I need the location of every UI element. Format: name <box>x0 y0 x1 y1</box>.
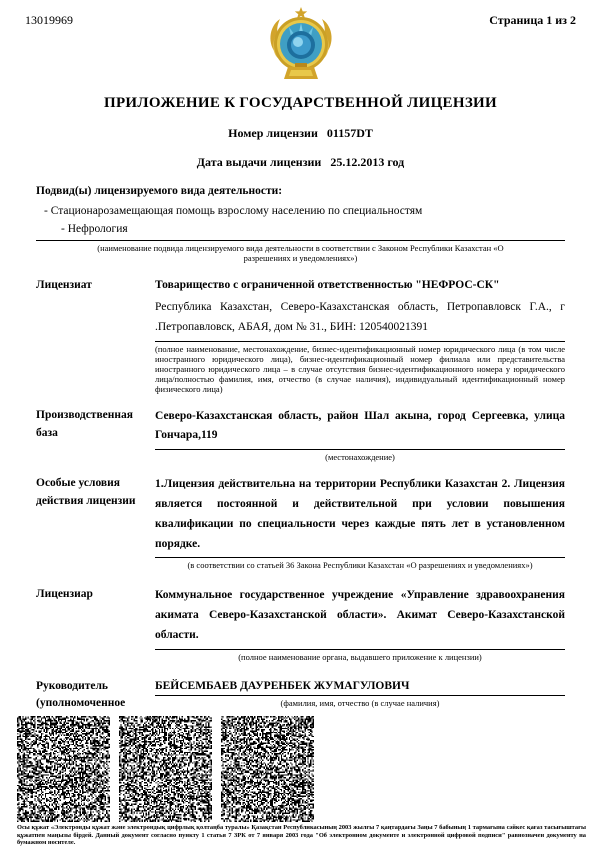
license-number-value: 01157DT <box>327 126 373 140</box>
digital-signature-barcodes <box>17 716 314 822</box>
licensor-section: Лицензиар Коммунальное государственное у… <box>36 586 565 661</box>
divider <box>155 695 565 696</box>
licensee-name: Товарищество с ограниченной ответственно… <box>155 277 565 294</box>
document-title: ПРИЛОЖЕНИЕ К ГОСУДАРСТВЕННОЙ ЛИЦЕНЗИИ <box>0 95 601 112</box>
licensor-label: Лицензиар <box>36 586 155 604</box>
special-conditions-label: Особые условия действия лицензии <box>36 475 155 511</box>
licensor-caption: (полное наименование органа, выдавшего п… <box>155 652 565 662</box>
production-base-value: Северо-Казахстанская область, район Шал … <box>155 407 565 447</box>
licensee-label: Лицензиат <box>36 277 155 295</box>
legal-footer-note: Осы құжат «Электронды құжат және электро… <box>17 824 586 847</box>
director-caption: (фамилия, имя, отчество (в случае наличи… <box>155 698 565 708</box>
license-document-page: 13019969 Страница 1 из 2 ПРИЛОЖЕНИЕ К ГО… <box>0 0 601 850</box>
license-date-line: Дата выдачи лицензии25.12.2013 год <box>0 155 601 170</box>
divider <box>36 240 565 241</box>
license-date-label: Дата выдачи лицензии <box>197 155 322 169</box>
barcode-image <box>119 716 212 822</box>
director-name: БЕЙСЕМБАЕВ ДАУРЕНБЕК ЖУМАГУЛОВИЧ <box>155 678 565 695</box>
licensor-value: Коммунальное государственное учреждение … <box>155 586 565 645</box>
divider <box>155 449 565 450</box>
special-conditions-caption: (в соответствии со статьей 36 Закона Рес… <box>155 560 565 570</box>
subtypes-caption: (наименование подвида лицензируемого вид… <box>76 243 525 263</box>
production-base-caption: (местонахождение) <box>155 452 565 462</box>
subtypes-heading: Подвид(ы) лицензируемого вида деятельнос… <box>36 185 565 197</box>
divider <box>155 557 565 558</box>
barcode-image <box>17 716 110 822</box>
licensee-section: Лицензиат Товарищество с ограниченной от… <box>36 277 565 394</box>
licensee-caption: (полное наименование, местонахождение, б… <box>155 344 565 394</box>
license-number-line: Номер лицензии01157DT <box>0 126 601 141</box>
licensee-address: Республика Казахстан, Северо-Казахстанск… <box>155 297 565 338</box>
divider <box>155 649 565 650</box>
license-number-label: Номер лицензии <box>228 126 318 140</box>
production-base-section: Производственная база Северо-Казахстанск… <box>36 407 565 463</box>
production-base-label: Производственная база <box>36 407 155 443</box>
barcode-image <box>221 716 314 822</box>
page-count-label: Страница 1 из 2 <box>489 13 576 28</box>
license-date-value: 25.12.2013 год <box>330 155 404 169</box>
divider <box>155 341 565 342</box>
special-conditions-value: 1.Лицензия действительна на территории Р… <box>155 475 565 554</box>
subtype-item: - Нефрология <box>36 223 565 235</box>
kazakhstan-coat-of-arms-icon <box>265 7 337 88</box>
special-conditions-section: Особые условия действия лицензии 1.Лицен… <box>36 475 565 570</box>
subtype-item: - Стационарозамещающая помощь взрослому … <box>36 205 565 217</box>
document-number: 13019969 <box>25 13 73 28</box>
